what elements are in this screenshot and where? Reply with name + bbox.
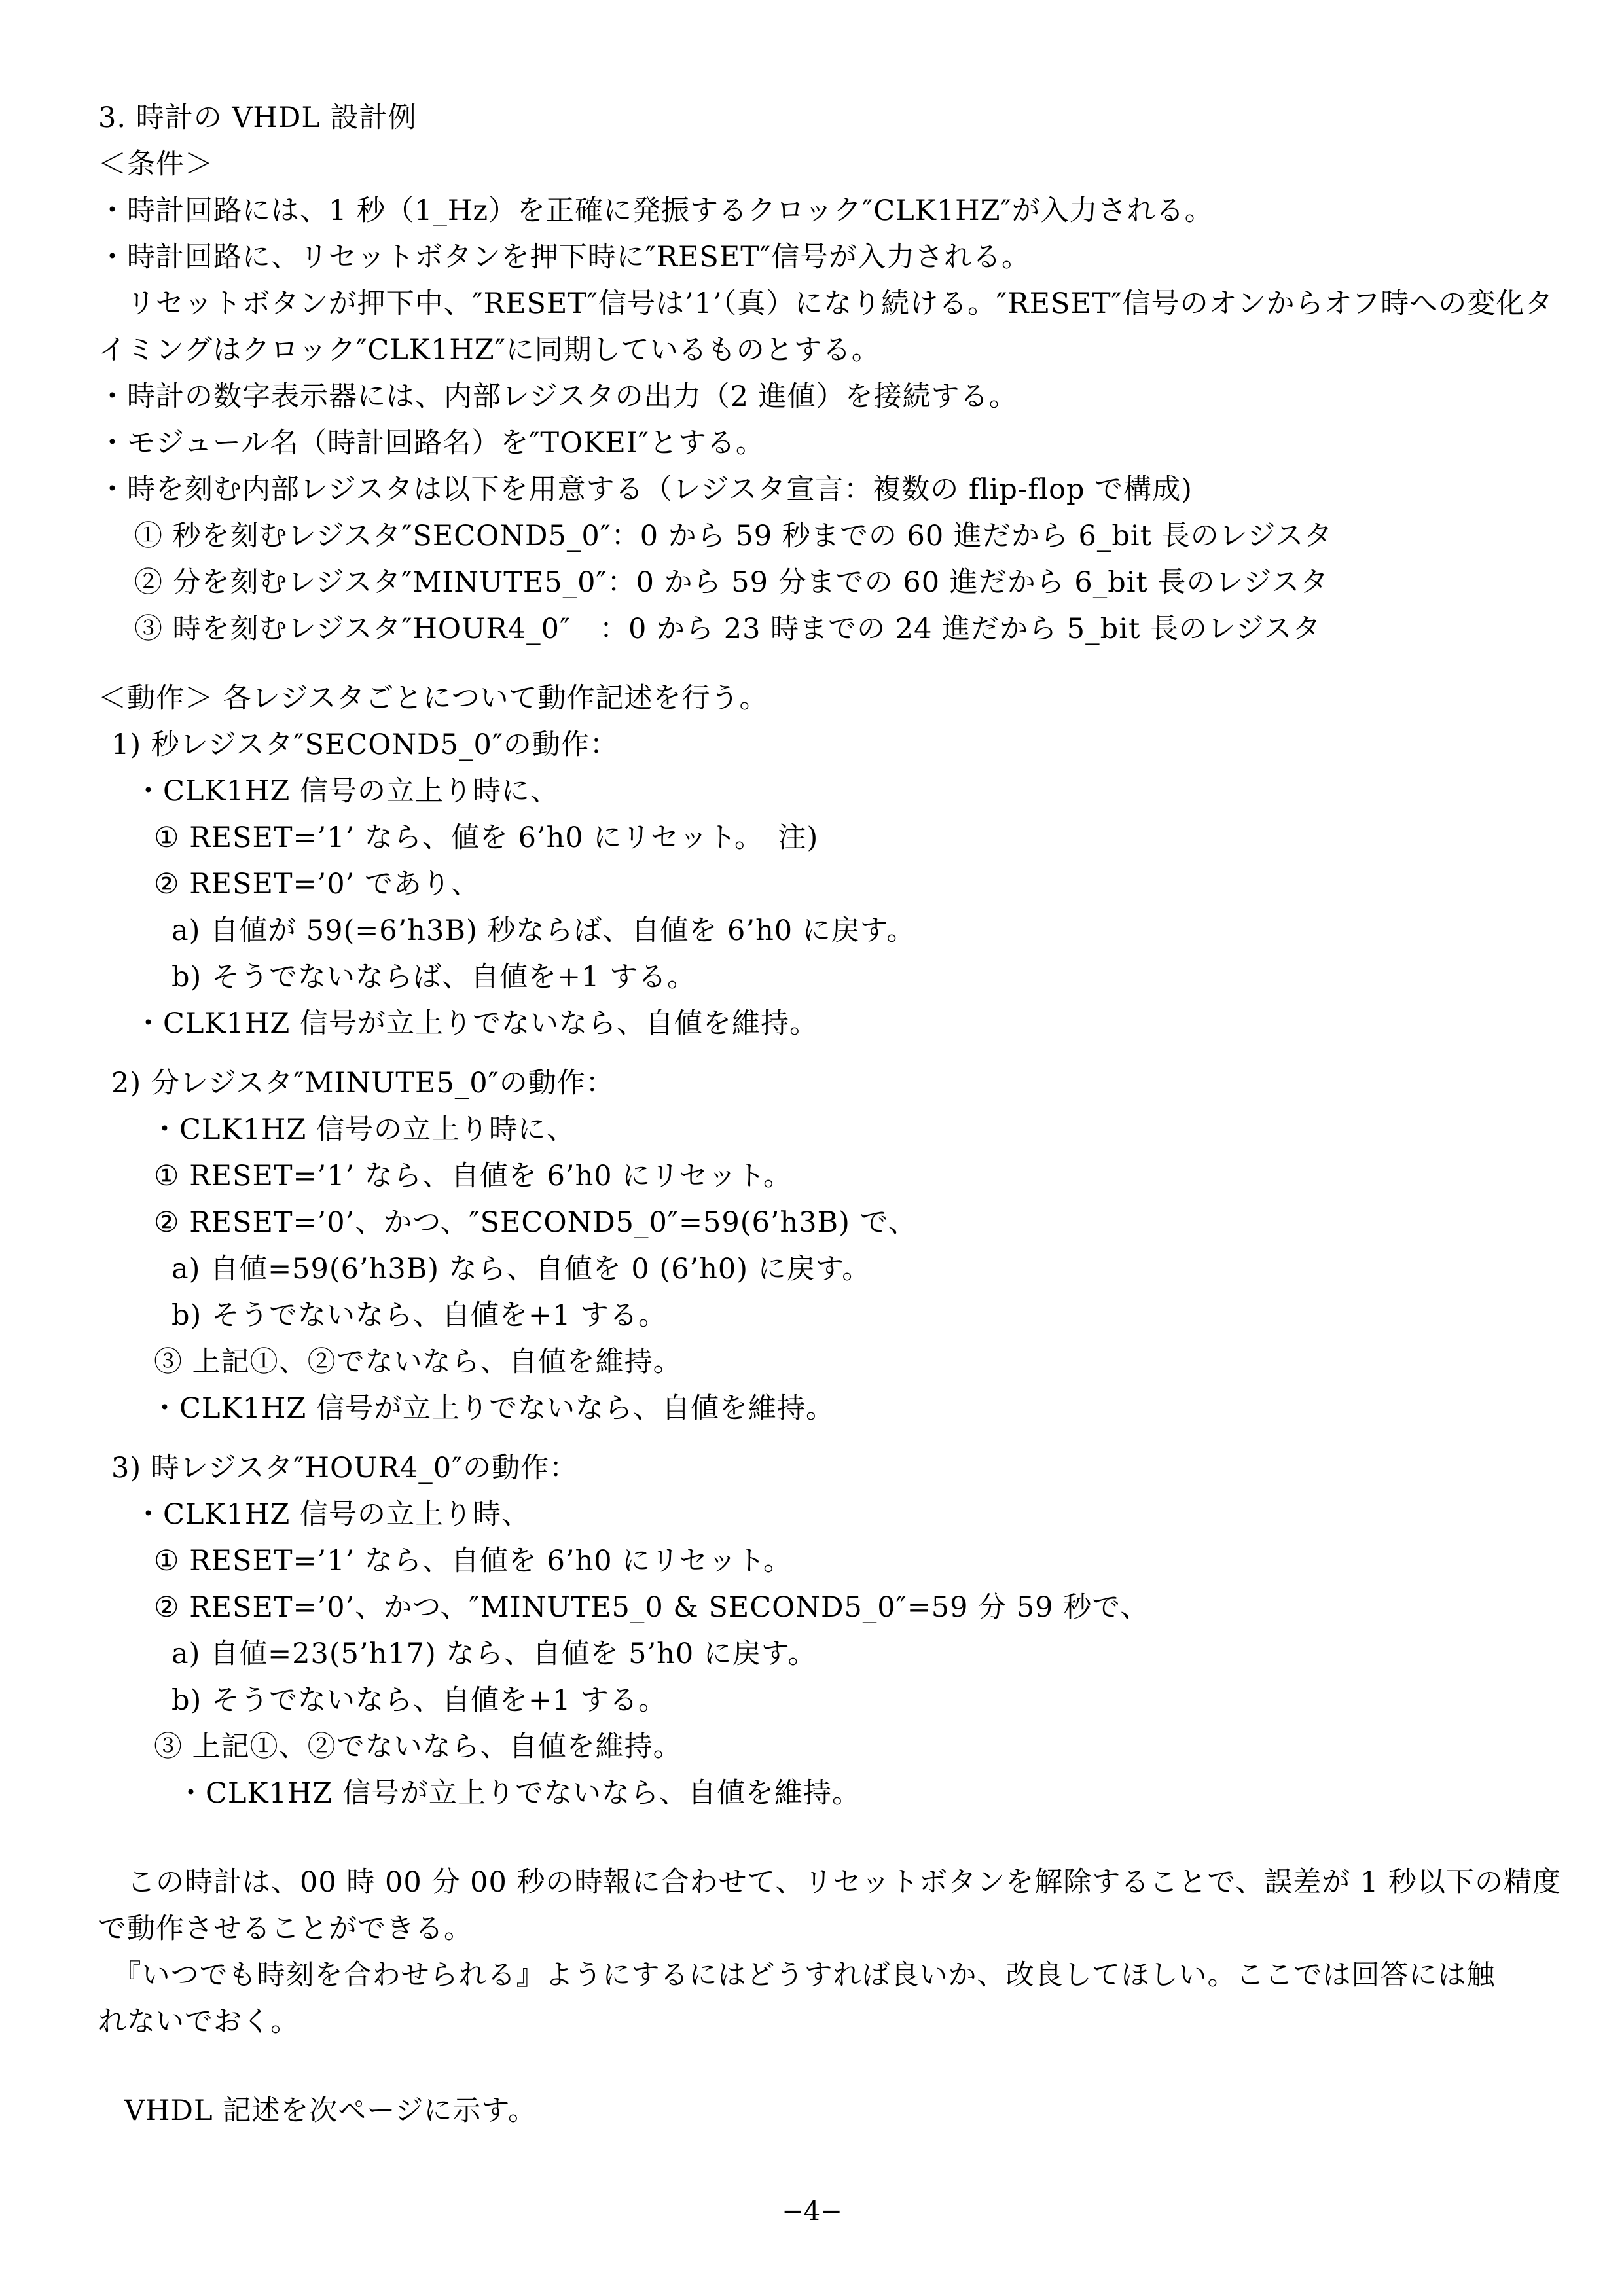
- text-line: ・CLK1HZ 信号の立上り時に、: [134, 768, 1532, 815]
- closing-paragraph-cont: で動作させることができる。: [98, 1906, 1532, 1952]
- condition-module-name: ・モジュール名（時計回路名）を″TOKEI″とする。: [98, 420, 1532, 467]
- text-line: ③ 上記①、②でないなら、自値を維持。: [154, 1339, 1532, 1386]
- page-number: −4−: [0, 2196, 1624, 2227]
- text-line: ② RESET=’0’、かつ、″MINUTE5_0 & SECOND5_0″=5…: [154, 1585, 1532, 1631]
- heading-register-1: 1) 秒レジスタ″SECOND5_0″の動作：: [111, 722, 1532, 768]
- next-page-note: VHDL 記述を次ページに示す。: [124, 2088, 1532, 2134]
- register-minute-def: ② 分を刻むレジスタ″MINUTE5_0″：0 から 59 分までの 60 進だ…: [134, 560, 1532, 606]
- text-line: ・CLK1HZ 信号の立上り時、: [134, 1492, 1532, 1538]
- improvement-paragraph-cont: れないでおく。: [98, 1999, 1532, 2045]
- text-line: ② RESET=’0’ であり、: [154, 861, 1532, 908]
- text-line: a) 自値=59(6’h3B) なら、自値を 0 (6’h0) に戻す。: [171, 1246, 1532, 1293]
- condition-clock: ・時計回路には、1 秒（1_Hz）を正確に発振するクロック″CLK1HZ″が入力…: [98, 188, 1532, 234]
- text-line: ・CLK1HZ 信号の立上り時に、: [151, 1107, 1532, 1153]
- text-line: a) 自値が 59(=6’h3B) 秒ならば、自値を 6’h0 に戻す。: [171, 908, 1532, 954]
- condition-reset-note-cont: イミングはクロック″CLK1HZ″に同期しているものとする。: [98, 327, 1532, 374]
- text-line: ③ 上記①、②でないなら、自値を維持。: [154, 1724, 1532, 1770]
- text-line: b) そうでないならば、自値を+1 する。: [171, 954, 1532, 1001]
- heading-register-2: 2) 分レジスタ″MINUTE5_0″の動作：: [111, 1060, 1532, 1107]
- text-line: ・CLK1HZ 信号が立上りでないなら、自値を維持。: [134, 1001, 1532, 1047]
- heading-register-3: 3) 時レジスタ″HOUR4_0″の動作：: [111, 1445, 1532, 1492]
- text-line: a) 自値=23(5’h17) なら、自値を 5’h0 に戻す。: [171, 1631, 1532, 1677]
- heading-conditions: ＜条件＞: [98, 141, 1532, 188]
- register-hour-def: ③ 時を刻むレジスタ″HOUR4_0″ ：0 から 23 時までの 24 進だか…: [134, 606, 1532, 653]
- text-line: ・CLK1HZ 信号が立上りでないなら、自値を維持。: [151, 1386, 1532, 1432]
- document-page: 3. 時計の VHDL 設計例 ＜条件＞ ・時計回路には、1 秒（1_Hz）を正…: [0, 0, 1624, 2296]
- closing-paragraph: この時計は、00 時 00 分 00 秒の時報に合わせて、リセットボタンを解除す…: [98, 1859, 1532, 1906]
- register-second-def: ① 秒を刻むレジスタ″SECOND5_0″：0 から 59 秒までの 60 進だ…: [134, 513, 1532, 560]
- condition-reset: ・時計回路に、リセットボタンを押下時に″RESET″信号が入力される。: [98, 234, 1532, 281]
- text-line: ② RESET=’0’、かつ、″SECOND5_0″=59(6’h3B) で、: [154, 1200, 1532, 1246]
- text-line: b) そうでないなら、自値を+1 する。: [171, 1293, 1532, 1339]
- improvement-paragraph: 『いつでも時刻を合わせられる』ようにするにはどうすれば良いか、改良してほしい。こ…: [98, 1952, 1532, 1999]
- heading-behavior: ＜動作＞ 各レジスタごとについて動作記述を行う。: [98, 675, 1532, 722]
- text-line: b) そうでないなら、自値を+1 する。: [171, 1677, 1532, 1724]
- text-line: ① RESET=’1’ なら、自値を 6’h0 にリセット。: [154, 1538, 1532, 1585]
- text-line: ・CLK1HZ 信号が立上りでないなら、自値を維持。: [177, 1770, 1532, 1817]
- condition-registers: ・時を刻む内部レジスタは以下を用意する（レジスタ宣言：複数の flip-flop…: [98, 467, 1532, 513]
- condition-reset-note: リセットボタンが押下中、″RESET″信号は’1’（真）になり続ける。″RESE…: [98, 281, 1532, 327]
- heading-section-3: 3. 時計の VHDL 設計例: [98, 95, 1532, 141]
- condition-display: ・時計の数字表示器には、内部レジスタの出力（2 進値）を接続する。: [98, 374, 1532, 420]
- text-line: ① RESET=’1’ なら、自値を 6’h0 にリセット。: [154, 1153, 1532, 1200]
- text-line: ① RESET=’1’ なら、値を 6’h0 にリセット。 注): [154, 815, 1532, 861]
